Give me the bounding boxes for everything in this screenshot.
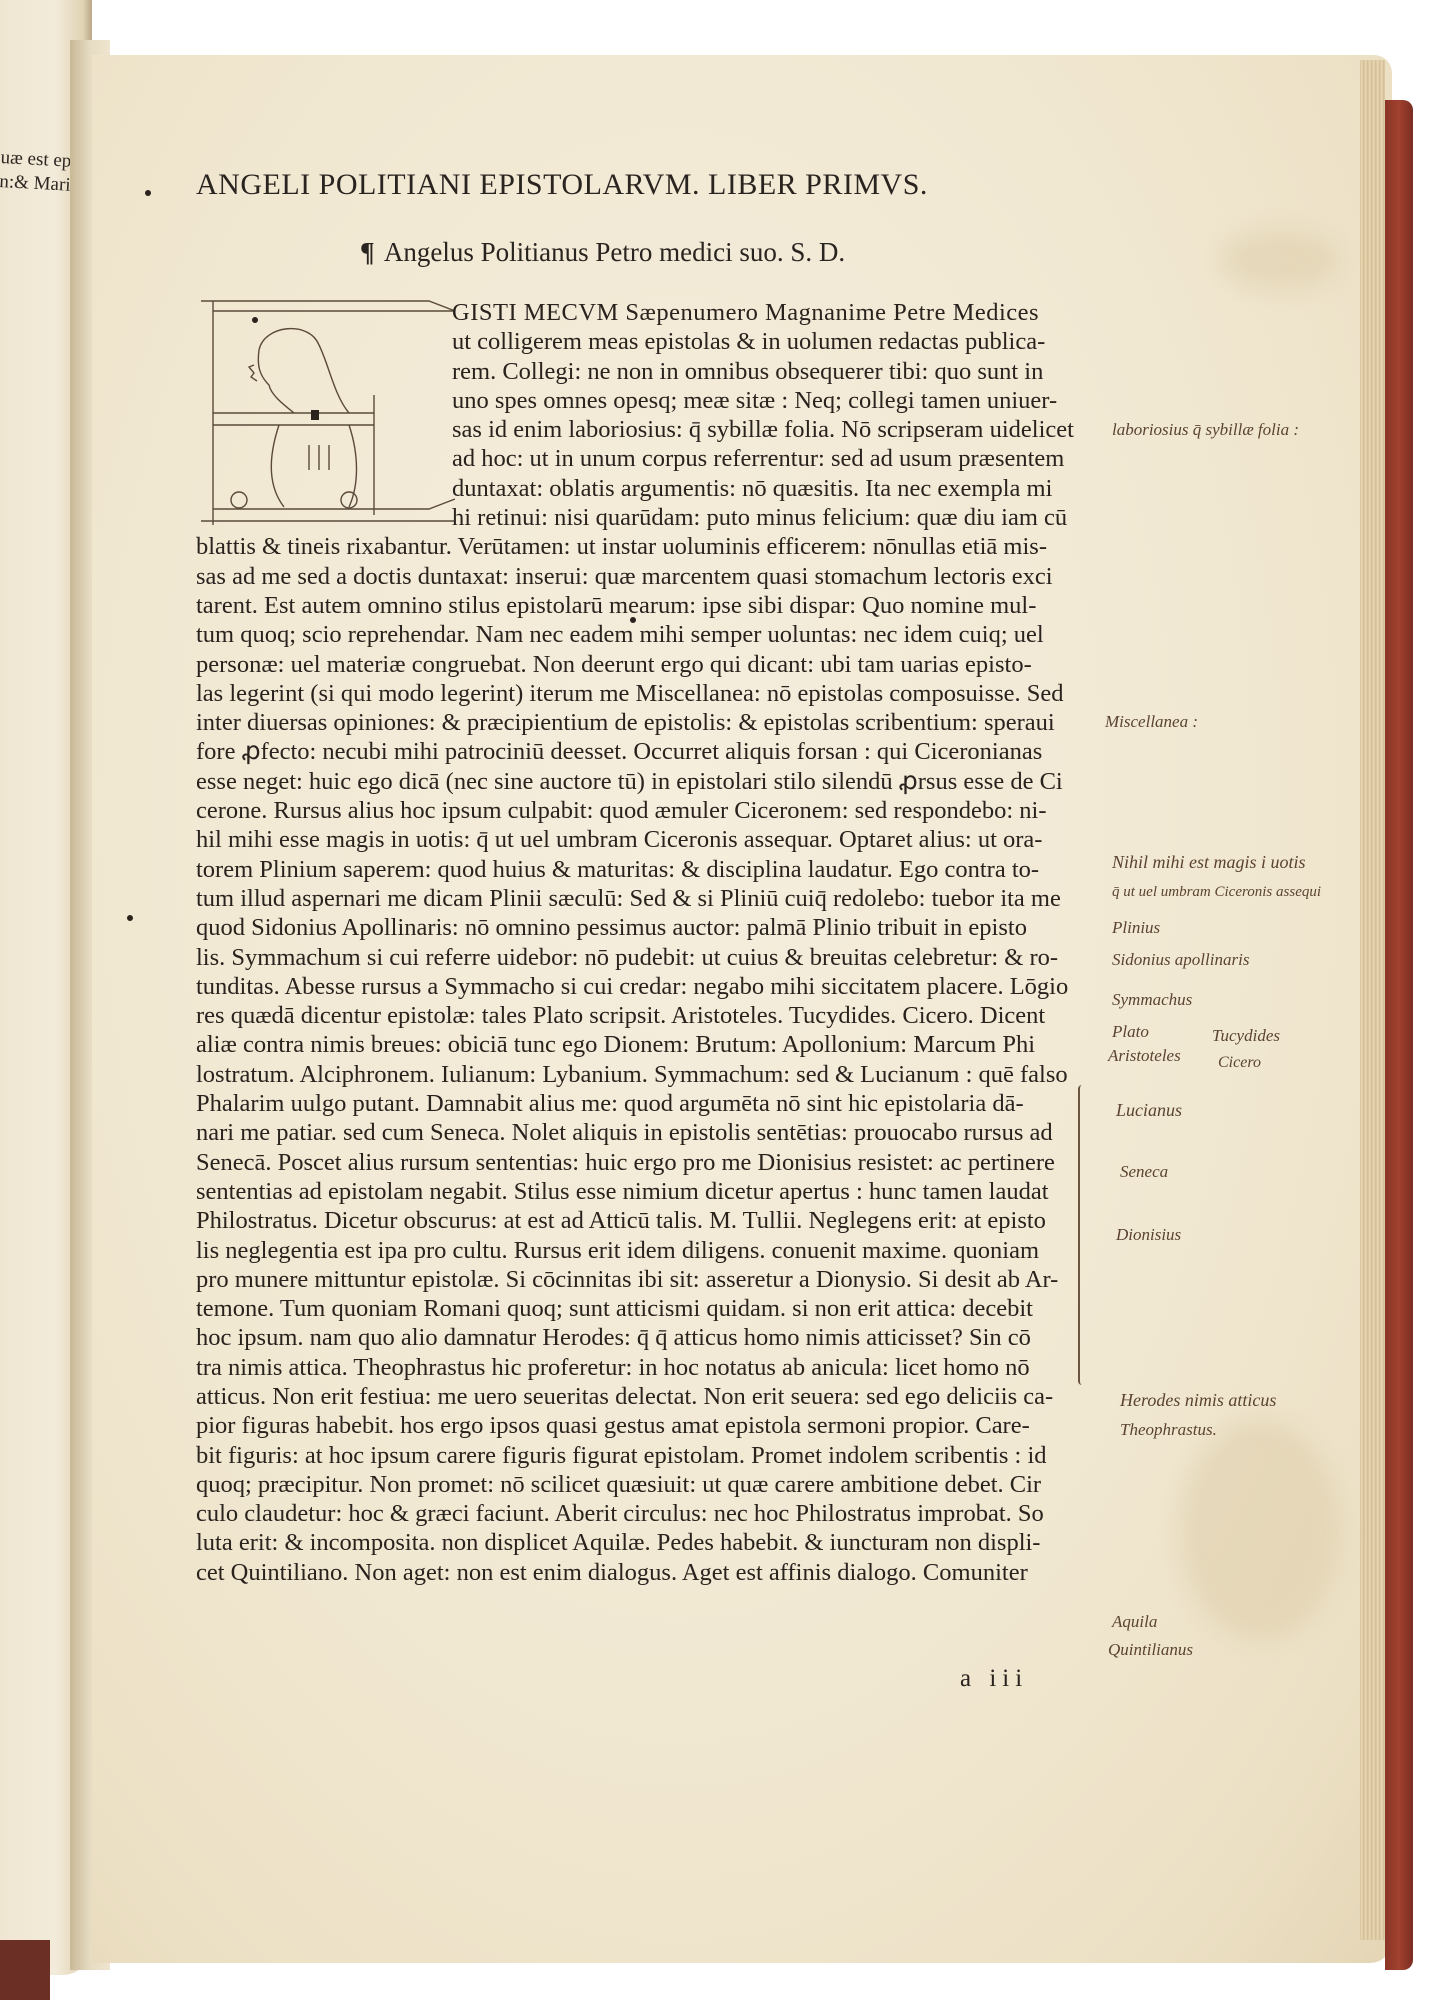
body-line: ad hoc: ut in unum corpus referrentur: s… xyxy=(196,444,1076,473)
body-line: blattis & tineis rixabantur. Verūtamen: … xyxy=(196,532,1076,561)
pilcrow-icon: ¶ xyxy=(360,237,375,267)
left-fragment-line: n:& Mari xyxy=(0,170,76,198)
body-line: nari me patiar. sed cum Seneca. Nolet al… xyxy=(196,1118,1076,1147)
body-line: las legerint (si qui modo legerint) iter… xyxy=(196,679,1076,708)
salutation-line: ¶ Angelus Politianus Petro medici suo. S… xyxy=(360,237,845,268)
body-line: uno spes omnes opesq; meæ sitæ : Neq; co… xyxy=(196,386,1076,415)
body-line: cerone. Rursus alius hoc ipsum culpabit:… xyxy=(196,796,1076,825)
body-line: duntaxat: oblatis argumentis: nō quæsiti… xyxy=(196,474,1076,503)
marginal-note: Nihil mihi est magis i uotis xyxy=(1112,852,1306,873)
marginal-note: Quintilianus xyxy=(1108,1640,1193,1660)
marginal-note: Tucydides xyxy=(1212,1026,1280,1046)
page-title: ANGELI POLITIANI EPISTOLARVM. LIBER PRIM… xyxy=(196,168,928,202)
body-line: tarent. Est autem omnino stilus epistola… xyxy=(196,591,1076,620)
marginal-note: Cicero xyxy=(1218,1054,1261,1072)
body-line: esse neget: huic ego dicā (nec sine auct… xyxy=(196,767,1076,796)
marginal-note: Aquila xyxy=(1112,1612,1157,1632)
marginal-note: Miscellanea : xyxy=(1105,712,1198,732)
body-line: pro munere mittuntur epistolæ. Si cōcinn… xyxy=(196,1265,1076,1294)
marginal-note: Seneca xyxy=(1120,1162,1168,1182)
body-line: tum illud aspernari me dicam Plinii sæcu… xyxy=(196,884,1076,913)
page-fore-edge xyxy=(1360,60,1385,1940)
left-cover-corner xyxy=(0,1940,50,2000)
body-line: hil mihi esse magis in uotis: q̄ ut uel … xyxy=(196,825,1076,854)
body-line: personæ: uel materiæ congruebat. Non dee… xyxy=(196,650,1076,679)
marginal-note: Sidonius apollinaris xyxy=(1112,950,1249,970)
body-line: aliæ contra nimis breues: obiciā tunc eg… xyxy=(196,1030,1076,1059)
body-line: res quædā dicentur epistolæ: tales Plato… xyxy=(196,1001,1076,1030)
marginal-note: Dionisius xyxy=(1116,1225,1181,1245)
body-line: quoq; præcipitur. Non promet: nō scilice… xyxy=(196,1470,1076,1499)
body-line-incipit: GISTI MECVM Sæpenumero Magnanime Petre M… xyxy=(196,298,1076,327)
signature-mark: a iii xyxy=(960,1665,1028,1693)
body-line: Phalarim uulgo putant. Damnabit alius me… xyxy=(196,1089,1076,1118)
body-line: quod Sidonius Apollinaris: nō omnino pes… xyxy=(196,913,1076,942)
marginal-note: q̄ ut uel umbram Ciceronis assequi xyxy=(1112,884,1321,901)
red-binding-edge xyxy=(1385,100,1413,1970)
marginal-note: Aristoteles xyxy=(1108,1046,1181,1066)
marginal-note: Symmachus xyxy=(1112,990,1192,1010)
body-line: sententias ad epistolam negabit. Stilus … xyxy=(196,1177,1076,1206)
marginal-note: Plinius xyxy=(1112,918,1160,938)
body-line: tum quoq; scio reprehendar. Nam nec eade… xyxy=(196,620,1076,649)
body-line: tra nimis attica. Theophrastus hic profe… xyxy=(196,1353,1076,1382)
body-line: rem. Collegi: ne non in omnibus obsequer… xyxy=(196,357,1076,386)
body-line: Philostratus. Dicetur obscurus: at est a… xyxy=(196,1206,1076,1235)
body-line: ut colligerem meas epistolas & in uolume… xyxy=(196,327,1076,356)
body-line: lis neglegentia est ipa pro cultu. Rursu… xyxy=(196,1236,1076,1265)
marginal-note: Theophrastus. xyxy=(1120,1420,1217,1440)
salutation-text: Angelus Politianus Petro medici suo. S. … xyxy=(384,237,845,267)
left-page-text-fragment: uæ est epi n:& Mari xyxy=(0,146,77,198)
body-line: lis. Symmachum si cui referre uidebor: n… xyxy=(196,943,1076,972)
body-line: Senecā. Poscet alius rursum sententias: … xyxy=(196,1148,1076,1177)
foxing-stain xyxy=(1180,1420,1340,1640)
body-line: culo claudetur: hoc & græci faciunt. Abe… xyxy=(196,1499,1076,1528)
marginal-note: laboriosius q̄ sybillæ folia : xyxy=(1112,420,1299,440)
body-line: bit figuris: at hoc ipsum carere figuris… xyxy=(196,1441,1076,1470)
margin-bracket xyxy=(1078,1085,1088,1385)
body-line: hoc ipsum. nam quo alio damnatur Herodes… xyxy=(196,1323,1076,1352)
body-line: cet Quintiliano. Non aget: non est enim … xyxy=(196,1558,1076,1587)
body-line: luta erit: & incomposita. non displicet … xyxy=(196,1528,1076,1557)
body-line: temone. Tum quoniam Romani quoq; sunt at… xyxy=(196,1294,1076,1323)
marginal-note: Plato xyxy=(1112,1022,1149,1042)
marginal-note: Lucianus xyxy=(1116,1100,1182,1121)
body-line: hi retinui: nisi quarūdam: puto minus fe… xyxy=(196,503,1076,532)
body-line: inter diuersas opiniones: & præcipientiu… xyxy=(196,708,1076,737)
body-line: pior figuras habebit. hos ergo ipsos qua… xyxy=(196,1411,1076,1440)
letter-body: GISTI MECVM Sæpenumero Magnanime Petre M… xyxy=(196,298,1076,1587)
body-line: sas id enim laboriosius: q̄ sybillæ foli… xyxy=(196,415,1076,444)
ink-dot xyxy=(145,190,151,196)
body-line: lostratum. Alciphronem. Iulianum: Lybani… xyxy=(196,1060,1076,1089)
marginal-note: Herodes nimis atticus xyxy=(1120,1390,1276,1411)
body-line: atticus. Non erit festiua: me uero seuer… xyxy=(196,1382,1076,1411)
foxing-stain xyxy=(1220,230,1340,290)
body-line: fore ꝓfecto: necubi mihi patrociniū dees… xyxy=(196,737,1076,766)
body-line: tunditas. Abesse rursus a Symmacho si cu… xyxy=(196,972,1076,1001)
ink-dot xyxy=(127,915,133,921)
body-line: torem Plinium saperem: quod huius & matu… xyxy=(196,855,1076,884)
body-line: sas ad me sed a doctis duntaxat: inserui… xyxy=(196,562,1076,591)
